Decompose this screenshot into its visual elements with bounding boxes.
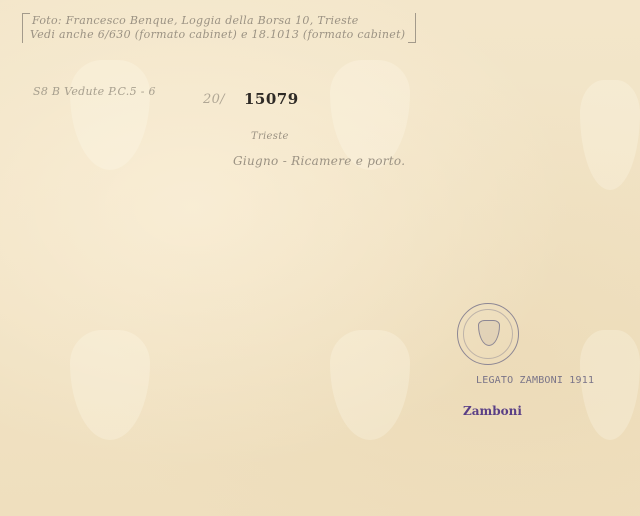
watermark-shield: [70, 330, 150, 440]
credit-line-2: Vedi anche 6/630 (formato cabinet) e 18.…: [30, 28, 405, 41]
inventory-number: 15079: [244, 90, 299, 108]
watermark-shield: [330, 330, 410, 440]
museum-round-stamp: CIVICI MUSEI DI STORIA ED ARTE • TRIESTE: [457, 303, 519, 365]
city-note: Trieste: [251, 131, 289, 142]
legato-stamp: LEGATO ZAMBONI 1911: [476, 375, 594, 386]
photo-mount-verso: Foto: Francesco Benque, Loggia della Bor…: [0, 0, 640, 516]
subject-note: Giugno - Ricamere e porto.: [233, 154, 405, 168]
credit-line-1: Foto: Francesco Benque, Loggia della Bor…: [32, 14, 359, 27]
watermark-shield: [70, 60, 150, 170]
shelf-mark: S8 B Vedute P.C.5 - 6: [33, 85, 156, 98]
fraction-mark: 20/: [203, 92, 225, 107]
zamboni-stamp: Zamboni: [463, 404, 522, 418]
watermark-shield: [580, 80, 640, 190]
